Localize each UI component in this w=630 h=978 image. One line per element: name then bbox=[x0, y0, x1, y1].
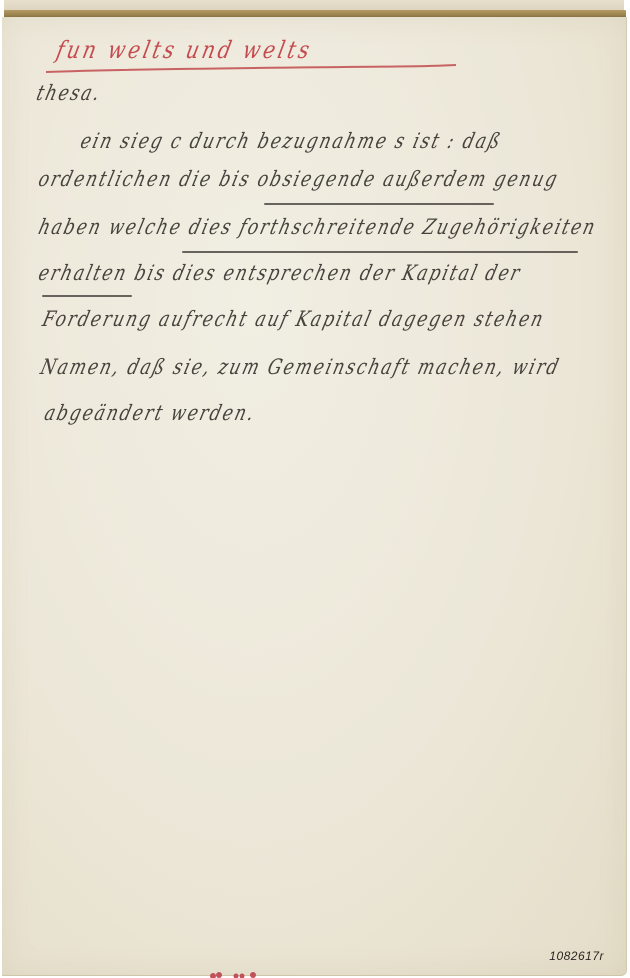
underline-line-4 bbox=[182, 251, 578, 253]
text-line-6: Forderung aufrecht auf Kapital dagegen s… bbox=[40, 307, 548, 332]
text-line-3: ordentlichen die bis obsiegende außerdem… bbox=[36, 167, 562, 192]
text-line-5: erhalten bis dies entsprechen der Kapita… bbox=[36, 261, 524, 286]
text-line-2: ein sieg c durch bezugnahme s ist : daß bbox=[78, 129, 505, 154]
text-line-7: Namen, daß sie, zum Gemeinschaft machen,… bbox=[38, 355, 563, 380]
text-line-4: haben welche dies forthschreitende Zugeh… bbox=[36, 215, 600, 240]
text-line-8: abgeändert werden. bbox=[42, 401, 259, 426]
text-line-1: thesa. bbox=[34, 81, 104, 106]
page-heading: fun welts und welts bbox=[54, 35, 315, 64]
underline-line-5 bbox=[42, 295, 132, 297]
red-ink-mark bbox=[208, 970, 258, 978]
underline-line-3 bbox=[264, 203, 494, 205]
heading-underline bbox=[44, 64, 458, 74]
catalog-number: 1082617r bbox=[549, 949, 604, 963]
notebook-page: fun welts und welts thesa. ein sieg c du… bbox=[0, 0, 630, 978]
paper-sheet: fun welts und welts thesa. ein sieg c du… bbox=[2, 17, 627, 976]
